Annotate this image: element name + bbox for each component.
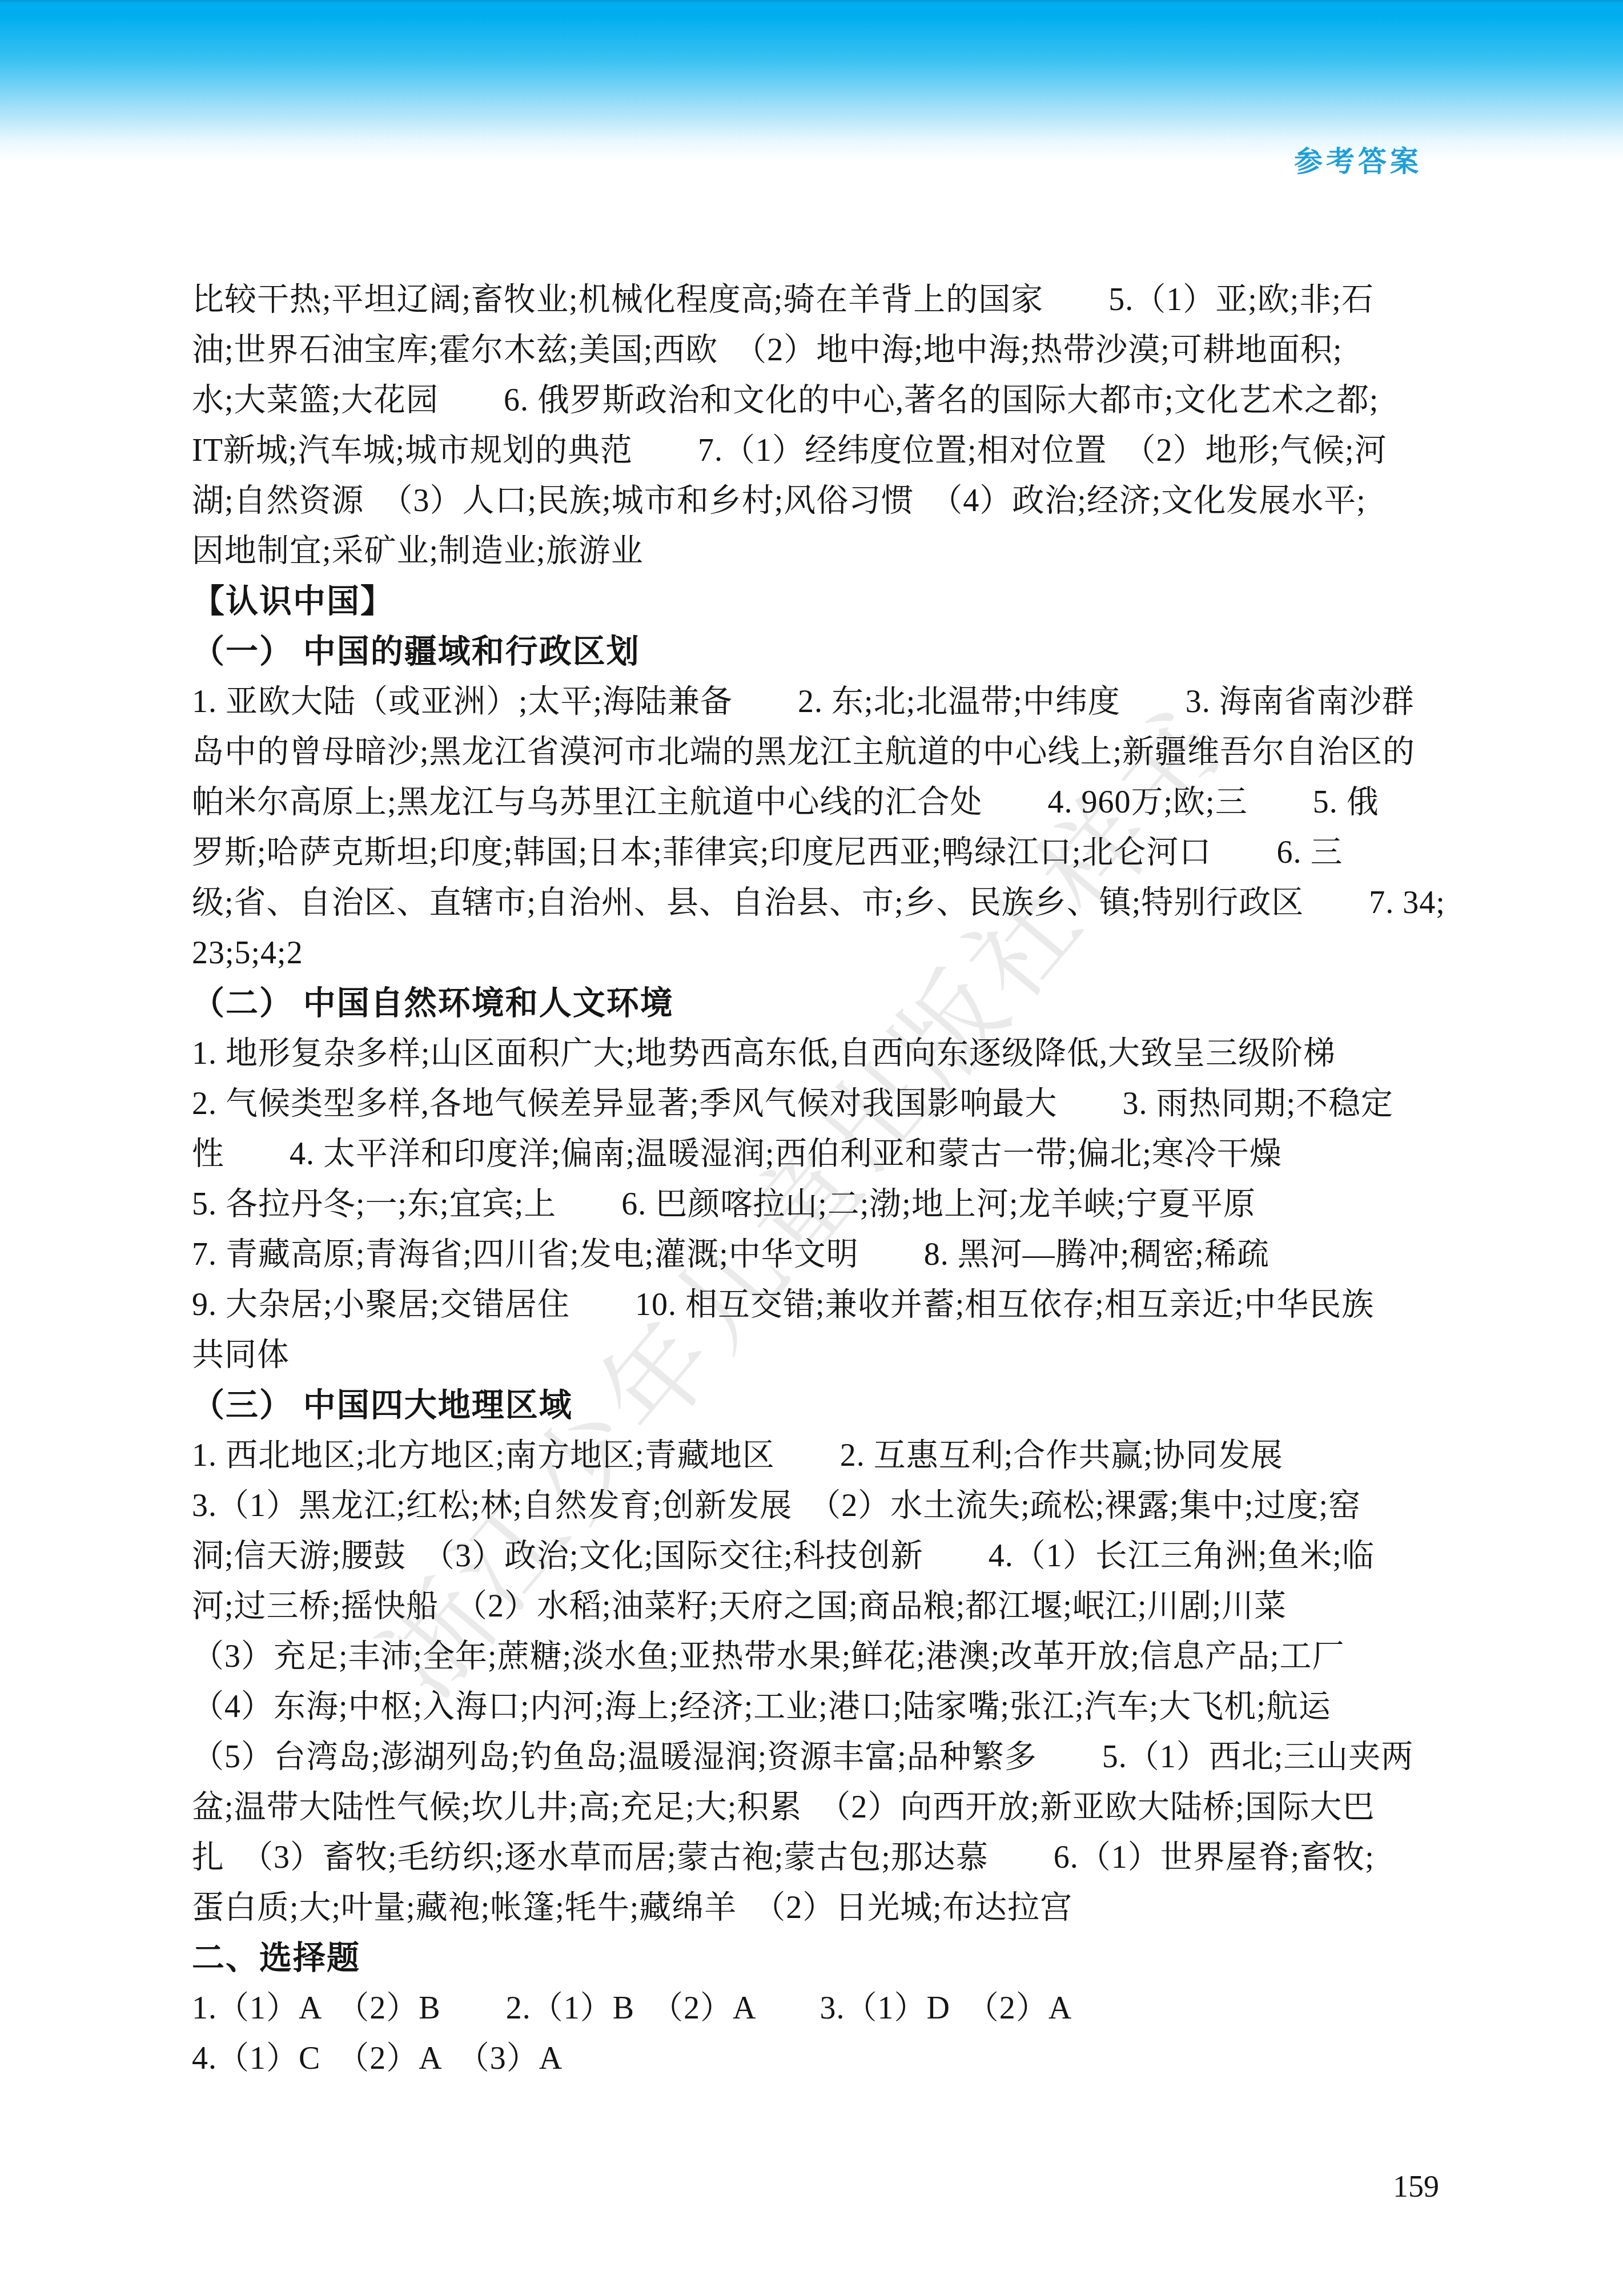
answers-text-block: 比较干热;平坦辽阔;畜牧业;机械化程度高;骑在羊背上的国家 5.（1）亚;欧;非… bbox=[192, 275, 1439, 2084]
page-number: 159 bbox=[1393, 2169, 1439, 2204]
answer-text-line: （5）台湾岛;澎湖列岛;钓鱼岛;温暖湿润;资源丰富;品种繁多 5.（1）西北;三… bbox=[192, 1732, 1439, 1782]
answer-text-line: 共同体 bbox=[192, 1330, 1439, 1380]
answer-key-page: 参考答案 浙江少年儿童出版社样书 比较干热;平坦辽阔;畜牧业;机械化程度高;骑在… bbox=[0, 0, 1623, 2296]
answer-text-line: 罗斯;哈萨克斯坦;印度;韩国;日本;菲律宾;印度尼西亚;鸭绿江口;北仑河口 6.… bbox=[192, 827, 1439, 878]
section-heading: （二） 中国自然环境和人文环境 bbox=[192, 978, 1439, 1028]
answer-text-line: 油;世界石油宝库;霍尔木兹;美国;西欧 （2）地中海;地中海;热带沙漠;可耕地面… bbox=[192, 325, 1439, 375]
answer-text-line: （3）充足;丰沛;全年;蔗糖;淡水鱼;亚热带水果;鲜花;港澳;改革开放;信息产品… bbox=[192, 1631, 1439, 1682]
answer-text-line: 性 4. 太平洋和印度洋;偏南;温暖湿润;西伯利亚和蒙古一带;偏北;寒冷干燥 bbox=[192, 1129, 1439, 1179]
answer-text-line: 级;省、自治区、直辖市;自治州、县、自治县、市;乡、民族乡、镇;特别行政区 7.… bbox=[192, 878, 1439, 928]
answer-text-line: 2. 气候类型多样,各地气候差异显著;季风气候对我国影响最大 3. 雨热同期;不… bbox=[192, 1079, 1439, 1129]
section-heading: （三） 中国四大地理区域 bbox=[192, 1380, 1439, 1430]
answer-text-line: 扎 （3）畜牧;毛纺织;逐水草而居;蒙古袍;蒙古包;那达慕 6.（1）世界屋脊;… bbox=[192, 1832, 1439, 1883]
answer-text-line: 因地制宜;采矿业;制造业;旅游业 bbox=[192, 526, 1439, 576]
section-heading: （一） 中国的疆域和行政区划 bbox=[192, 626, 1439, 677]
section-heading: 【认识中国】 bbox=[192, 576, 1439, 626]
answer-text-line: 湖;自然资源 （3）人口;民族;城市和乡村;风俗习惯 （4）政治;经济;文化发展… bbox=[192, 476, 1439, 526]
answer-text-line: 岛中的曾母暗沙;黑龙江省漠河市北端的黑龙江主航道的中心线上;新疆维吾尔自治区的 bbox=[192, 727, 1439, 777]
answer-text-line: IT新城;汽车城;城市规划的典范 7.（1）经纬度位置;相对位置 （2）地形;气… bbox=[192, 425, 1439, 476]
answer-text-line: 比较干热;平坦辽阔;畜牧业;机械化程度高;骑在羊背上的国家 5.（1）亚;欧;非… bbox=[192, 275, 1439, 325]
section-heading: 二、选择题 bbox=[192, 1933, 1439, 1983]
answer-text-line: 3.（1）黑龙江;红松;林;自然发育;创新发展 （2）水土流失;疏松;裸露;集中… bbox=[192, 1481, 1439, 1531]
answer-text-line: 1. 西北地区;北方地区;南方地区;青藏地区 2. 互惠互利;合作共赢;协同发展 bbox=[192, 1430, 1439, 1481]
answer-text-line: 9. 大杂居;小聚居;交错居住 10. 相互交错;兼收并蓄;相互依存;相互亲近;… bbox=[192, 1280, 1439, 1330]
answer-text-line: 5. 各拉丹冬;一;东;宜宾;上 6. 巴颜喀拉山;二;渤;地上河;龙羊峡;宁夏… bbox=[192, 1179, 1439, 1229]
answer-text-line: 7. 青藏高原;青海省;四川省;发电;灌溉;中华文明 8. 黑河—腾冲;稠密;稀… bbox=[192, 1229, 1439, 1280]
answer-text-line: （4）东海;中枢;入海口;内河;海上;经济;工业;港口;陆家嘴;张江;汽车;大飞… bbox=[192, 1682, 1439, 1732]
answer-text-line: 4.（1）C （2）A （3）A bbox=[192, 2033, 1439, 2084]
answer-text-line: 1. 亚欧大陆（或亚洲）;太平;海陆兼备 2. 东;北;北温带;中纬度 3. 海… bbox=[192, 677, 1439, 727]
answer-text-line: 1. 地形复杂多样;山区面积广大;地势西高东低,自西向东逐级降低,大致呈三级阶梯 bbox=[192, 1028, 1439, 1079]
answer-text-line: 蛋白质;大;叶量;藏袍;帐篷;牦牛;藏绵羊 （2）日光城;布达拉宫 bbox=[192, 1883, 1439, 1933]
answer-text-line: 23;5;4;2 bbox=[192, 928, 1439, 978]
page-title: 参考答案 bbox=[1294, 145, 1422, 178]
answer-text-line: 水;大菜篮;大花园 6. 俄罗斯政治和文化的中心,著名的国际大都市;文化艺术之都… bbox=[192, 375, 1439, 425]
header-gradient-band bbox=[0, 0, 1623, 161]
answer-text-line: 河;过三桥;摇快船 （2）水稻;油菜籽;天府之国;商品粮;都江堰;岷江;川剧;川… bbox=[192, 1581, 1439, 1631]
text-lines: 比较干热;平坦辽阔;畜牧业;机械化程度高;骑在羊背上的国家 5.（1）亚;欧;非… bbox=[192, 275, 1439, 2084]
answer-text-line: 帕米尔高原上;黑龙江与乌苏里江主航道中心线的汇合处 4. 960万;欧;三 5.… bbox=[192, 777, 1439, 827]
answer-text-line: 洞;信天游;腰鼓 （3）政治;文化;国际交往;科技创新 4.（1）长江三角洲;鱼… bbox=[192, 1531, 1439, 1581]
answer-text-line: 1.（1）A （2）B 2.（1）B （2）A 3.（1）D （2）A bbox=[192, 1983, 1439, 2033]
answer-text-line: 盆;温带大陆性气候;坎儿井;高;充足;大;积累 （2）向西开放;新亚欧大陆桥;国… bbox=[192, 1782, 1439, 1832]
